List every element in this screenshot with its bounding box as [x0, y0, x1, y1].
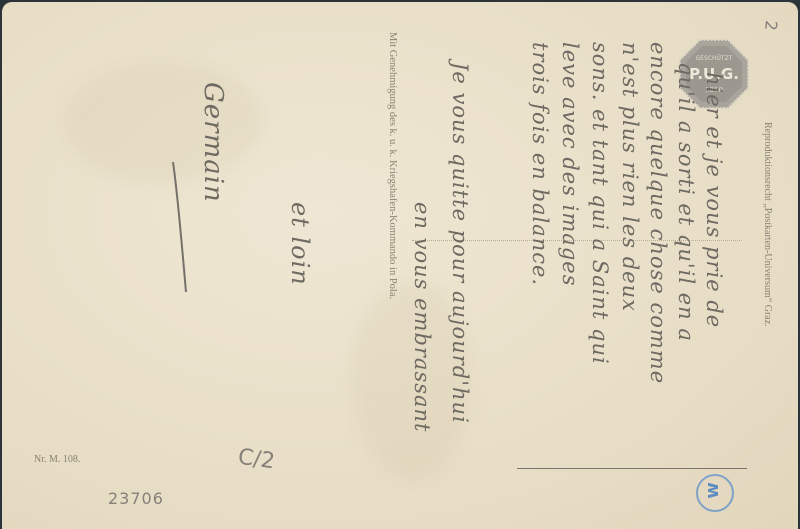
page-marker: 2 — [761, 20, 781, 32]
handwriting-line: trois fois en balance. — [528, 42, 552, 286]
pencil-stroke — [170, 157, 190, 297]
permission-text: Mit Genehmigung des k. u. k. Kriegshafen… — [387, 32, 398, 299]
handwriting-line: leve avec des images — [558, 42, 582, 286]
handwriting-line: qu'il a sorti et qu'il en a — [674, 62, 698, 342]
handwriting-line: et loin — [286, 202, 314, 286]
fraction-mark: C/2 — [236, 445, 276, 475]
handwriting-line: Je vous quitte pour aujourd'hui — [448, 62, 472, 424]
paper-stain — [62, 62, 262, 182]
handwriting-line: hier et je vous prie de — [702, 72, 726, 328]
svg-text:GESCHÜTZT: GESCHÜTZT — [696, 55, 733, 62]
catalog-number: 23706 — [108, 489, 164, 508]
handwriting-line: sons. et tant qui a Saint qui — [588, 42, 612, 365]
address-divider-line — [517, 468, 747, 469]
handwriting-line: en vous embrassant — [410, 202, 434, 433]
blue-library-stamp-icon: ʍ — [696, 474, 734, 512]
copyright-text: Reproduktionsrecht „Postkarten-Universum… — [762, 122, 773, 327]
handwriting-line: n'est plus rien les deux — [618, 42, 642, 312]
card-number: Nr. M. 108. — [34, 454, 80, 465]
signature: Germain — [198, 82, 228, 203]
postcard-back: GESCHÜTZT P.U.G. 1910 Reproduktionsrecht… — [2, 2, 798, 529]
handwriting-line: encore quelque chose comme — [646, 42, 670, 384]
